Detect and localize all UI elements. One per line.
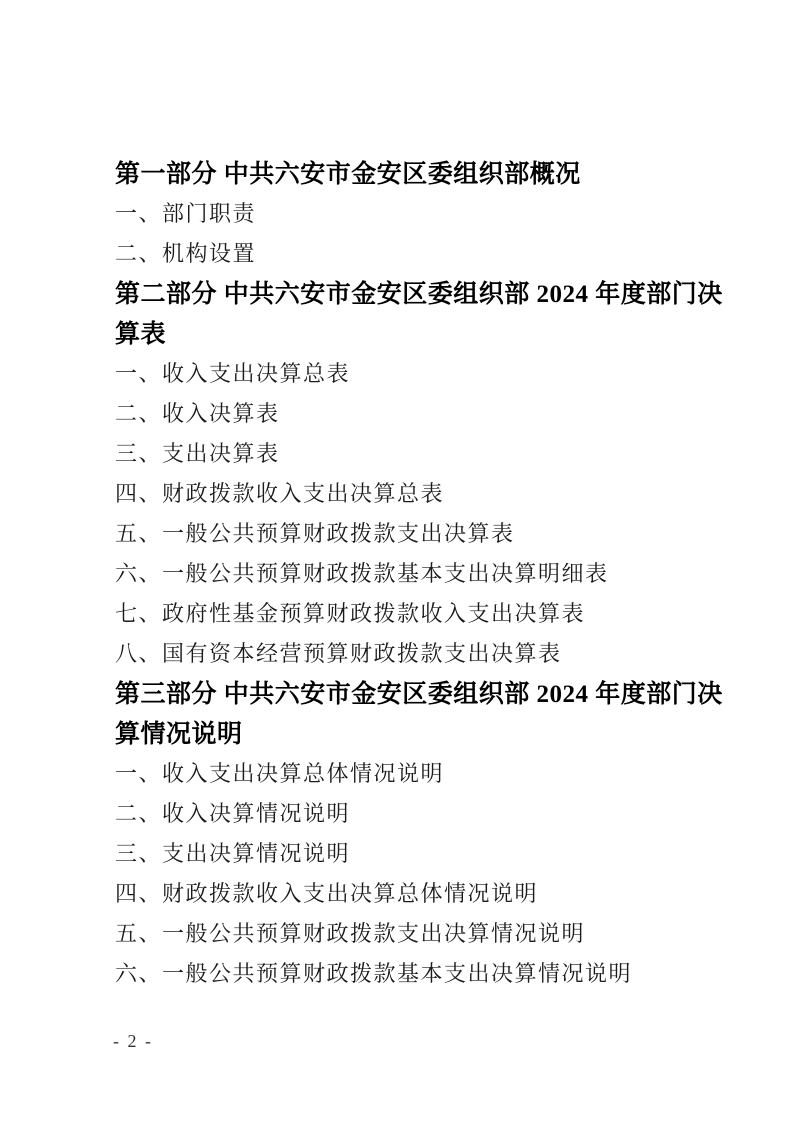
part-heading-line: 第一部分 中共六安市金安区委组织部概况 <box>115 152 775 192</box>
toc-item: 一、收入支出决算总体情况说明 <box>115 752 775 792</box>
part-heading-line: 第二部分 中共六安市金安区委组织部 2024 年度部门决 <box>115 272 775 312</box>
part-heading-line: 算情况说明 <box>115 712 775 752</box>
toc-item: 二、机构设置 <box>115 232 775 272</box>
toc-item: 四、财政拨款收入支出决算总表 <box>115 472 775 512</box>
toc-item: 三、支出决算情况说明 <box>115 832 775 872</box>
toc-item: 三、支出决算表 <box>115 432 775 472</box>
toc-item: 五、一般公共预算财政拨款支出决算情况说明 <box>115 912 775 952</box>
part-heading-line: 第三部分 中共六安市金安区委组织部 2024 年度部门决 <box>115 672 775 712</box>
toc-item: 七、政府性基金预算财政拨款收入支出决算表 <box>115 592 775 632</box>
toc-item: 六、一般公共预算财政拨款基本支出决算情况说明 <box>115 952 775 992</box>
toc-item: 五、一般公共预算财政拨款支出决算表 <box>115 512 775 552</box>
toc-item: 一、部门职责 <box>115 192 775 232</box>
toc-item: 一、收入支出决算总表 <box>115 352 775 392</box>
page-number: - 2 - <box>113 1030 153 1052</box>
toc-item: 八、国有资本经营预算财政拨款支出决算表 <box>115 632 775 672</box>
toc-item: 二、收入决算表 <box>115 392 775 432</box>
toc-item: 六、一般公共预算财政拨款基本支出决算明细表 <box>115 552 775 592</box>
toc-item: 四、财政拨款收入支出决算总体情况说明 <box>115 872 775 912</box>
document-page: 第一部分 中共六安市金安区委组织部概况一、部门职责二、机构设置第二部分 中共六安… <box>0 0 793 1122</box>
toc-lines: 第一部分 中共六安市金安区委组织部概况一、部门职责二、机构设置第二部分 中共六安… <box>115 152 775 992</box>
part-heading-line: 算表 <box>115 312 775 352</box>
toc-item: 二、收入决算情况说明 <box>115 792 775 832</box>
